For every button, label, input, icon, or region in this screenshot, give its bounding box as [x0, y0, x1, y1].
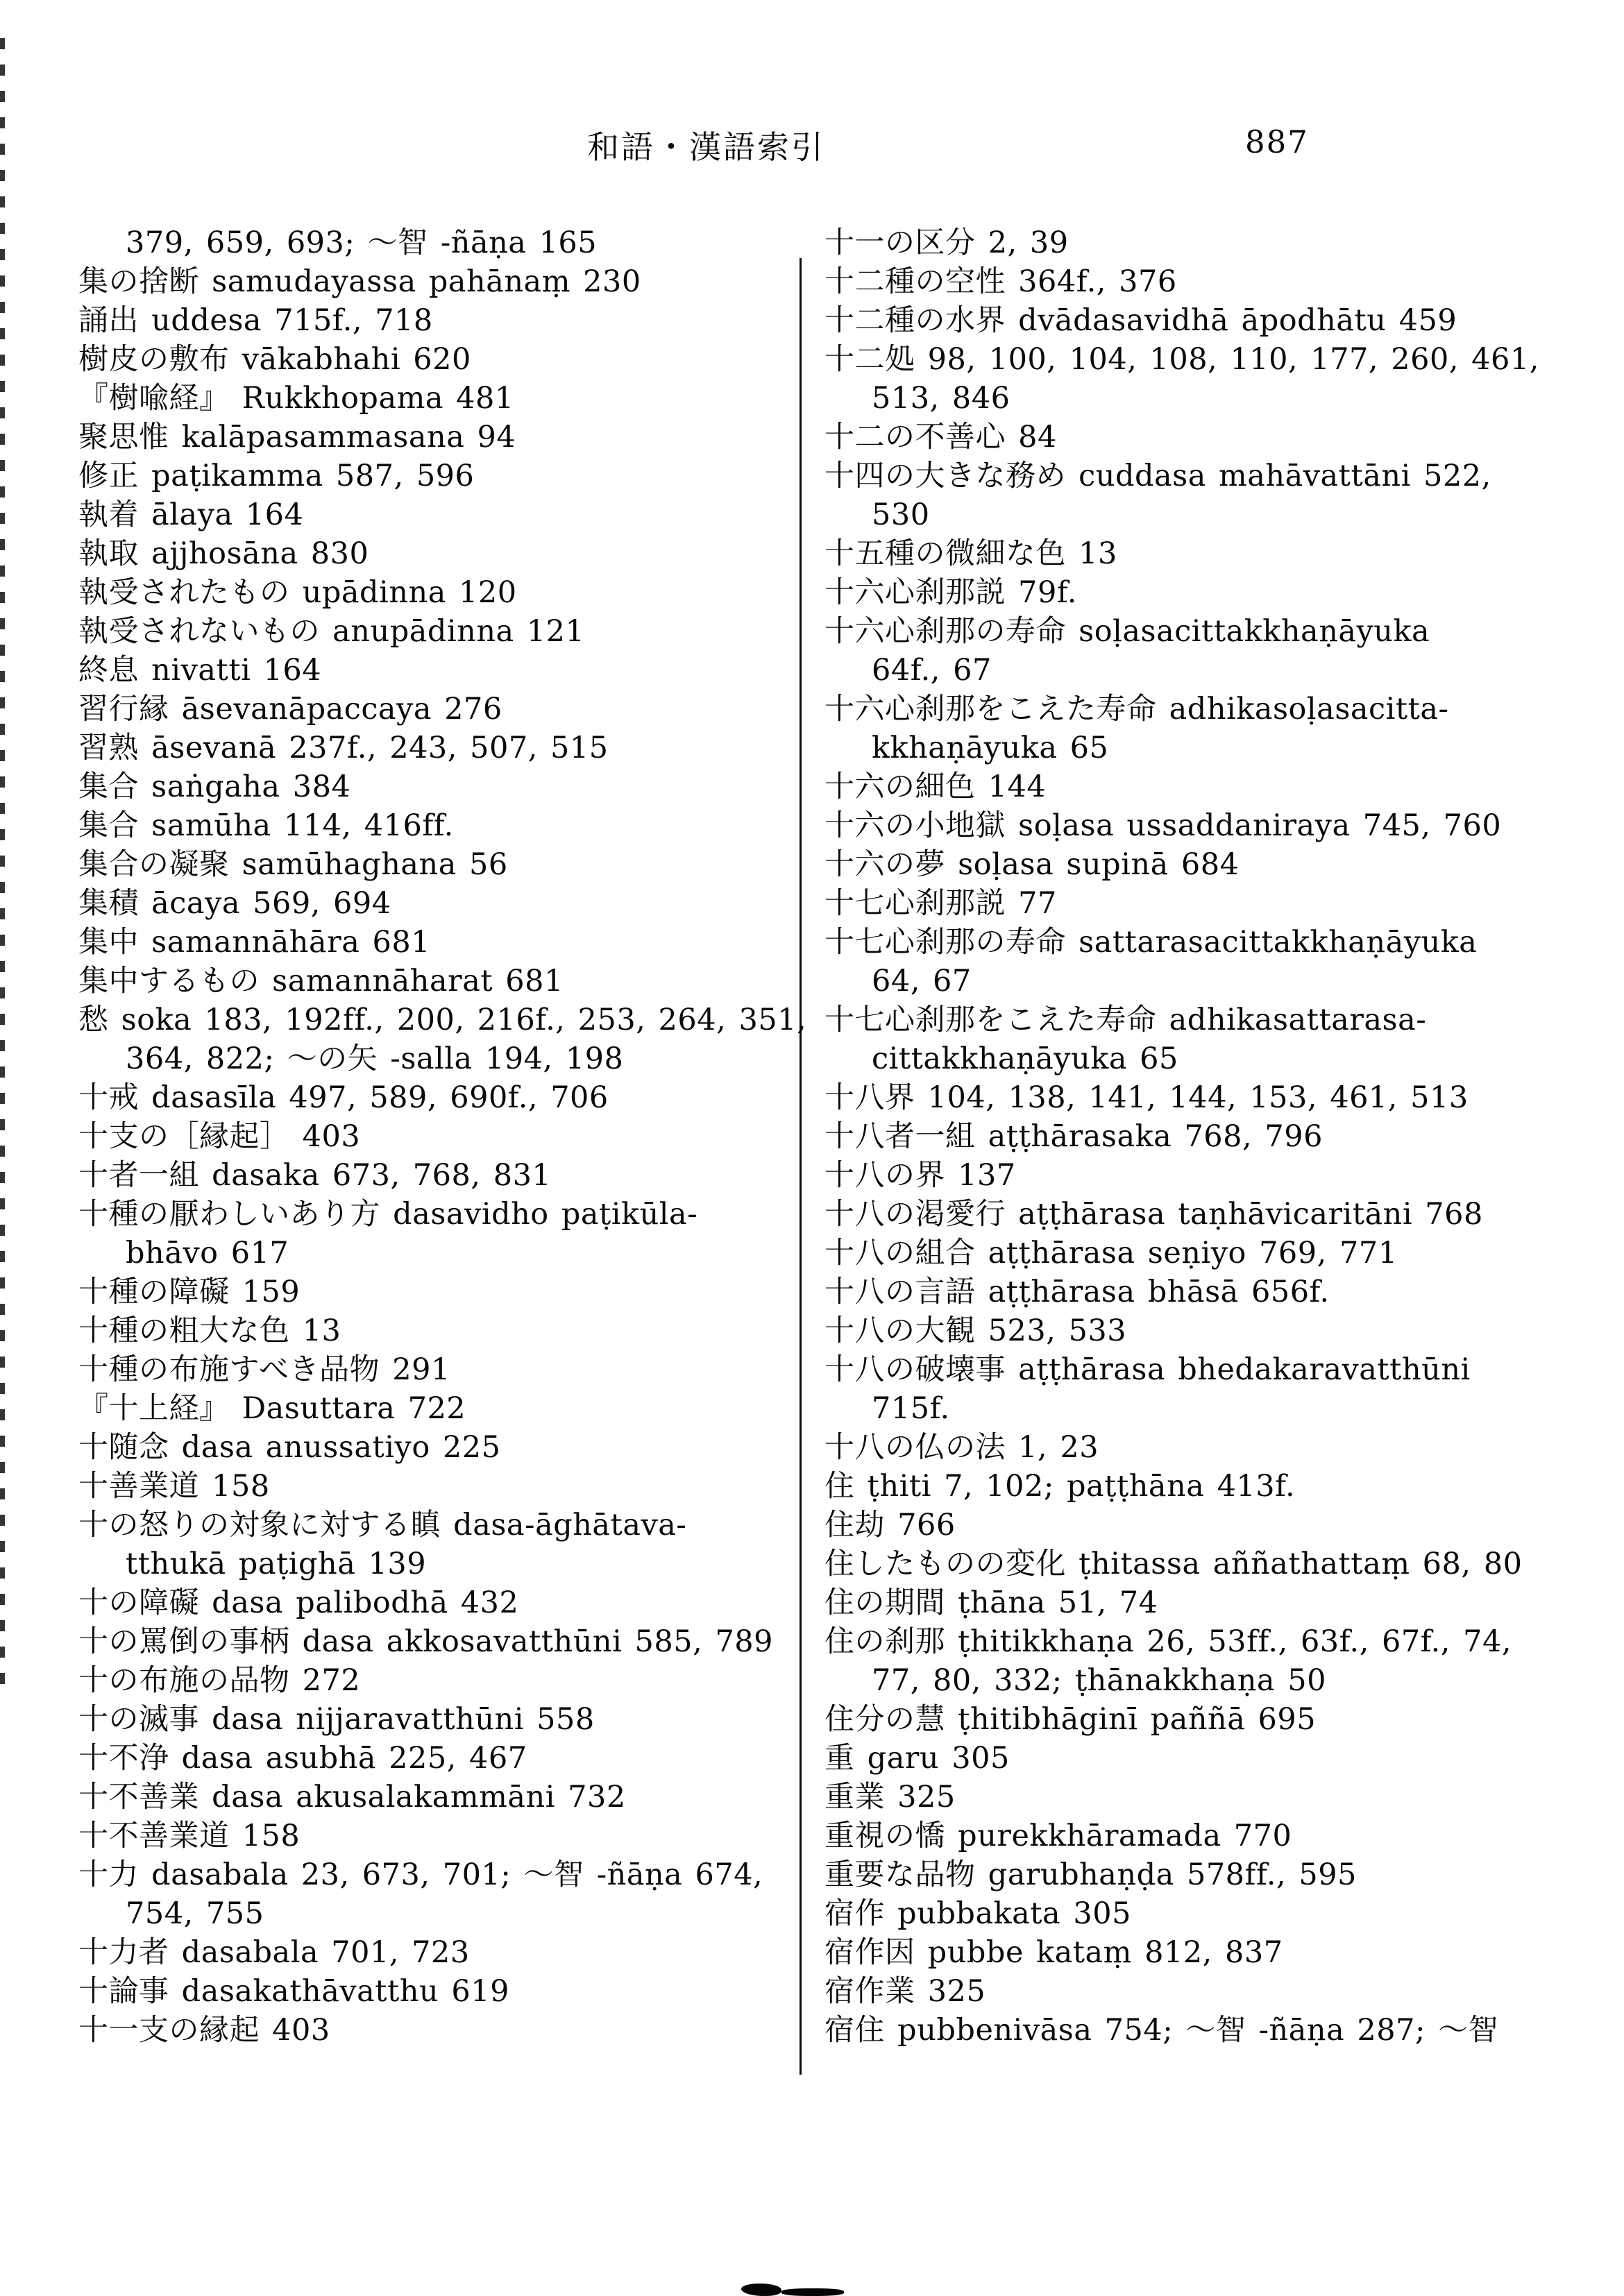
index-line: 十五種の微細な色 13: [824, 534, 1588, 573]
index-line: 十力 dasabala 23, 673, 701; ～智 -ñāṇa 674,: [78, 1855, 793, 1894]
index-line: 十七心刹那説 77: [824, 884, 1588, 923]
index-line: tthukā paṭighā 139: [78, 1545, 793, 1583]
scanner-edge-artifact: [0, 38, 5, 1690]
index-line: 重 garu 305: [824, 1739, 1588, 1778]
index-line: 十八の破壊事 aṭṭhārasa bhedakaravatthūni: [824, 1350, 1588, 1389]
index-line: 十六の夢 soḷasa supinā 684: [824, 845, 1588, 884]
index-line: 十八の言語 aṭṭhārasa bhāsā 656f.: [824, 1273, 1588, 1311]
ink-smudge-artifact: [741, 2284, 781, 2296]
index-line: 住の期間 ṭhāna 51, 74: [824, 1583, 1588, 1622]
index-line: 執着 ālaya 164: [78, 495, 793, 534]
index-line: 重業 325: [824, 1778, 1588, 1817]
index-line: 集合 saṅgaha 384: [78, 767, 793, 806]
index-line: 364, 822; ～の矢 -salla 194, 198: [78, 1039, 793, 1078]
index-line: 十不善業 dasa akusalakammāni 732: [78, 1778, 793, 1817]
index-line: 513, 846: [824, 379, 1588, 418]
ink-smudge-artifact: [781, 2288, 844, 2296]
index-line: 誦出 uddesa 715f., 718: [78, 301, 793, 340]
index-line: 530: [824, 495, 1588, 534]
index-line: 集合 samūha 114, 416ff.: [78, 806, 793, 845]
index-line: cittakkhaṇāyuka 65: [824, 1039, 1588, 1078]
index-line: 重視の憍 purekkhāramada 770: [824, 1817, 1588, 1855]
index-line: 住劫 766: [824, 1506, 1588, 1545]
index-line: 十六の小地獄 soḷasa ussaddaniraya 745, 760: [824, 806, 1588, 845]
index-line: 十戒 dasasīla 497, 589, 690f., 706: [78, 1078, 793, 1117]
index-line: 十六心刹那をこえた寿命 adhikasoḷasacitta-: [824, 690, 1588, 729]
index-line: 十七心刹那をこえた寿命 adhikasattarasa-: [824, 1001, 1588, 1039]
index-line: 十二種の空性 364f., 376: [824, 262, 1588, 301]
index-line: 十八界 104, 138, 141, 144, 153, 461, 513: [824, 1078, 1588, 1117]
index-line: 集の捨断 samudayassa pahānaṃ 230: [78, 262, 793, 301]
index-line: 十六心刹那の寿命 soḷasacittakkhaṇāyuka: [824, 612, 1588, 651]
index-line: 十不善業道 158: [78, 1817, 793, 1855]
scanned-index-page: 和語・漢語索引 887 379, 659, 693; ～智 -ñāṇa 165集…: [0, 0, 1624, 2296]
index-line: 終息 nivatti 164: [78, 651, 793, 690]
index-line: 十論事 dasakathāvatthu 619: [78, 1972, 793, 2011]
index-line: 十八の界 137: [824, 1156, 1588, 1195]
index-line: 十の罵倒の事柄 dasa akkosavatthūni 585, 789: [78, 1622, 793, 1661]
index-line: 住 ṭhiti 7, 102; paṭṭhāna 413f.: [824, 1467, 1588, 1506]
index-line: 十一の区分 2, 39: [824, 223, 1588, 262]
index-line: 十種の粗大な色 13: [78, 1311, 793, 1350]
index-line: 住の刹那 ṭhitikkhaṇa 26, 53ff., 63f., 67f., …: [824, 1622, 1588, 1661]
index-line: 十種の障礙 159: [78, 1273, 793, 1311]
index-line: 十力者 dasabala 701, 723: [78, 1933, 793, 1972]
index-line: 聚思惟 kalāpasammasana 94: [78, 418, 793, 457]
index-line: 十八者一組 aṭṭhārasaka 768, 796: [824, 1117, 1588, 1156]
index-line: 十八の仏の法 1, 23: [824, 1428, 1588, 1467]
index-line: 十種の厭わしいあり方 dasavidho paṭikūla-: [78, 1195, 793, 1234]
index-line: 樹皮の敷布 vākabhahi 620: [78, 340, 793, 379]
index-line: 十六の細色 144: [824, 767, 1588, 806]
index-column-right: 十一の区分 2, 39十二種の空性 364f., 376十二種の水界 dvāda…: [824, 223, 1588, 2050]
index-line: 十八の大観 523, 533: [824, 1311, 1588, 1350]
index-line: 77, 80, 332; ṭhānakkhaṇa 50: [824, 1661, 1588, 1700]
index-line: 宿作 pubbakata 305: [824, 1894, 1588, 1933]
index-line: 十七心刹那の寿命 sattarasacittakkhaṇāyuka: [824, 923, 1588, 962]
index-line: 十善業道 158: [78, 1467, 793, 1506]
index-line: 十二の不善心 84: [824, 418, 1588, 457]
index-line: 執取 ajjhosāna 830: [78, 534, 793, 573]
index-line: 379, 659, 693; ～智 -ñāṇa 165: [78, 223, 793, 262]
index-line: 『樹喩経』 Rukkhopama 481: [78, 379, 793, 418]
index-line: 住分の慧 ṭhitibhāginī paññā 695: [824, 1700, 1588, 1739]
index-line: 十の怒りの対象に対する瞋 dasa-āghātava-: [78, 1506, 793, 1545]
index-line: 住したものの変化 ṭhitassa aññathattaṃ 68, 80: [824, 1545, 1588, 1583]
index-line: 十種の布施すべき品物 291: [78, 1350, 793, 1389]
index-line: 十者一組 dasaka 673, 768, 831: [78, 1156, 793, 1195]
page-number: 887: [1245, 124, 1309, 160]
index-line: 習熟 āsevanā 237f., 243, 507, 515: [78, 729, 793, 767]
index-line: kkhaṇāyuka 65: [824, 729, 1588, 767]
index-line: 十の滅事 dasa nijjaravatthūni 558: [78, 1700, 793, 1739]
index-line: 715f.: [824, 1389, 1588, 1428]
index-line: 集中するもの samannāharat 681: [78, 962, 793, 1001]
index-line: 64f., 67: [824, 651, 1588, 690]
index-line: 愁 soka 183, 192ff., 200, 216f., 253, 264…: [78, 1001, 793, 1039]
index-line: 『十上経』 Dasuttara 722: [78, 1389, 793, 1428]
index-line: 十二種の水界 dvādasavidhā āpodhātu 459: [824, 301, 1588, 340]
page-title: 和語・漢語索引: [587, 122, 825, 168]
index-line: 集合の凝聚 samūhaghana 56: [78, 845, 793, 884]
index-line: 十一支の縁起 403: [78, 2011, 793, 2050]
index-line: 十四の大きな務め cuddasa mahāvattāni 522,: [824, 457, 1588, 495]
index-column-left: 379, 659, 693; ～智 -ñāṇa 165集の捨断 samudaya…: [78, 223, 793, 2050]
index-line: 重要な品物 garubhaṇḍa 578ff., 595: [824, 1855, 1588, 1894]
index-line: 修正 paṭikamma 587, 596: [78, 457, 793, 495]
index-line: 集中 samannāhāra 681: [78, 923, 793, 962]
index-line: 十六心刹那説 79f.: [824, 573, 1588, 612]
index-line: 十随念 dasa anussatiyo 225: [78, 1428, 793, 1467]
index-line: 宿作業 325: [824, 1972, 1588, 2011]
index-line: 十の障礙 dasa palibodhā 432: [78, 1583, 793, 1622]
index-line: 十の布施の品物 272: [78, 1661, 793, 1700]
index-line: 集積 ācaya 569, 694: [78, 884, 793, 923]
index-line: 754, 755: [78, 1894, 793, 1933]
index-line: 十不浄 dasa asubhā 225, 467: [78, 1739, 793, 1778]
index-line: bhāvo 617: [78, 1234, 793, 1273]
index-line: 64, 67: [824, 962, 1588, 1001]
index-line: 執受されたもの upādinna 120: [78, 573, 793, 612]
index-line: 習行縁 āsevanāpaccaya 276: [78, 690, 793, 729]
index-line: 十八の組合 aṭṭhārasa seṇiyo 769, 771: [824, 1234, 1588, 1273]
index-line: 十八の渇愛行 aṭṭhārasa taṇhāvicaritāni 768: [824, 1195, 1588, 1234]
index-line: 十二処 98, 100, 104, 108, 110, 177, 260, 46…: [824, 340, 1588, 379]
column-divider-rule: [800, 258, 802, 2075]
index-line: 執受されないもの anupādinna 121: [78, 612, 793, 651]
index-line: 宿作因 pubbe kataṃ 812, 837: [824, 1933, 1588, 1972]
index-line: 宿住 pubbenivāsa 754; ～智 -ñāṇa 287; ～智: [824, 2011, 1588, 2050]
index-line: 十支の［縁起］ 403: [78, 1117, 793, 1156]
